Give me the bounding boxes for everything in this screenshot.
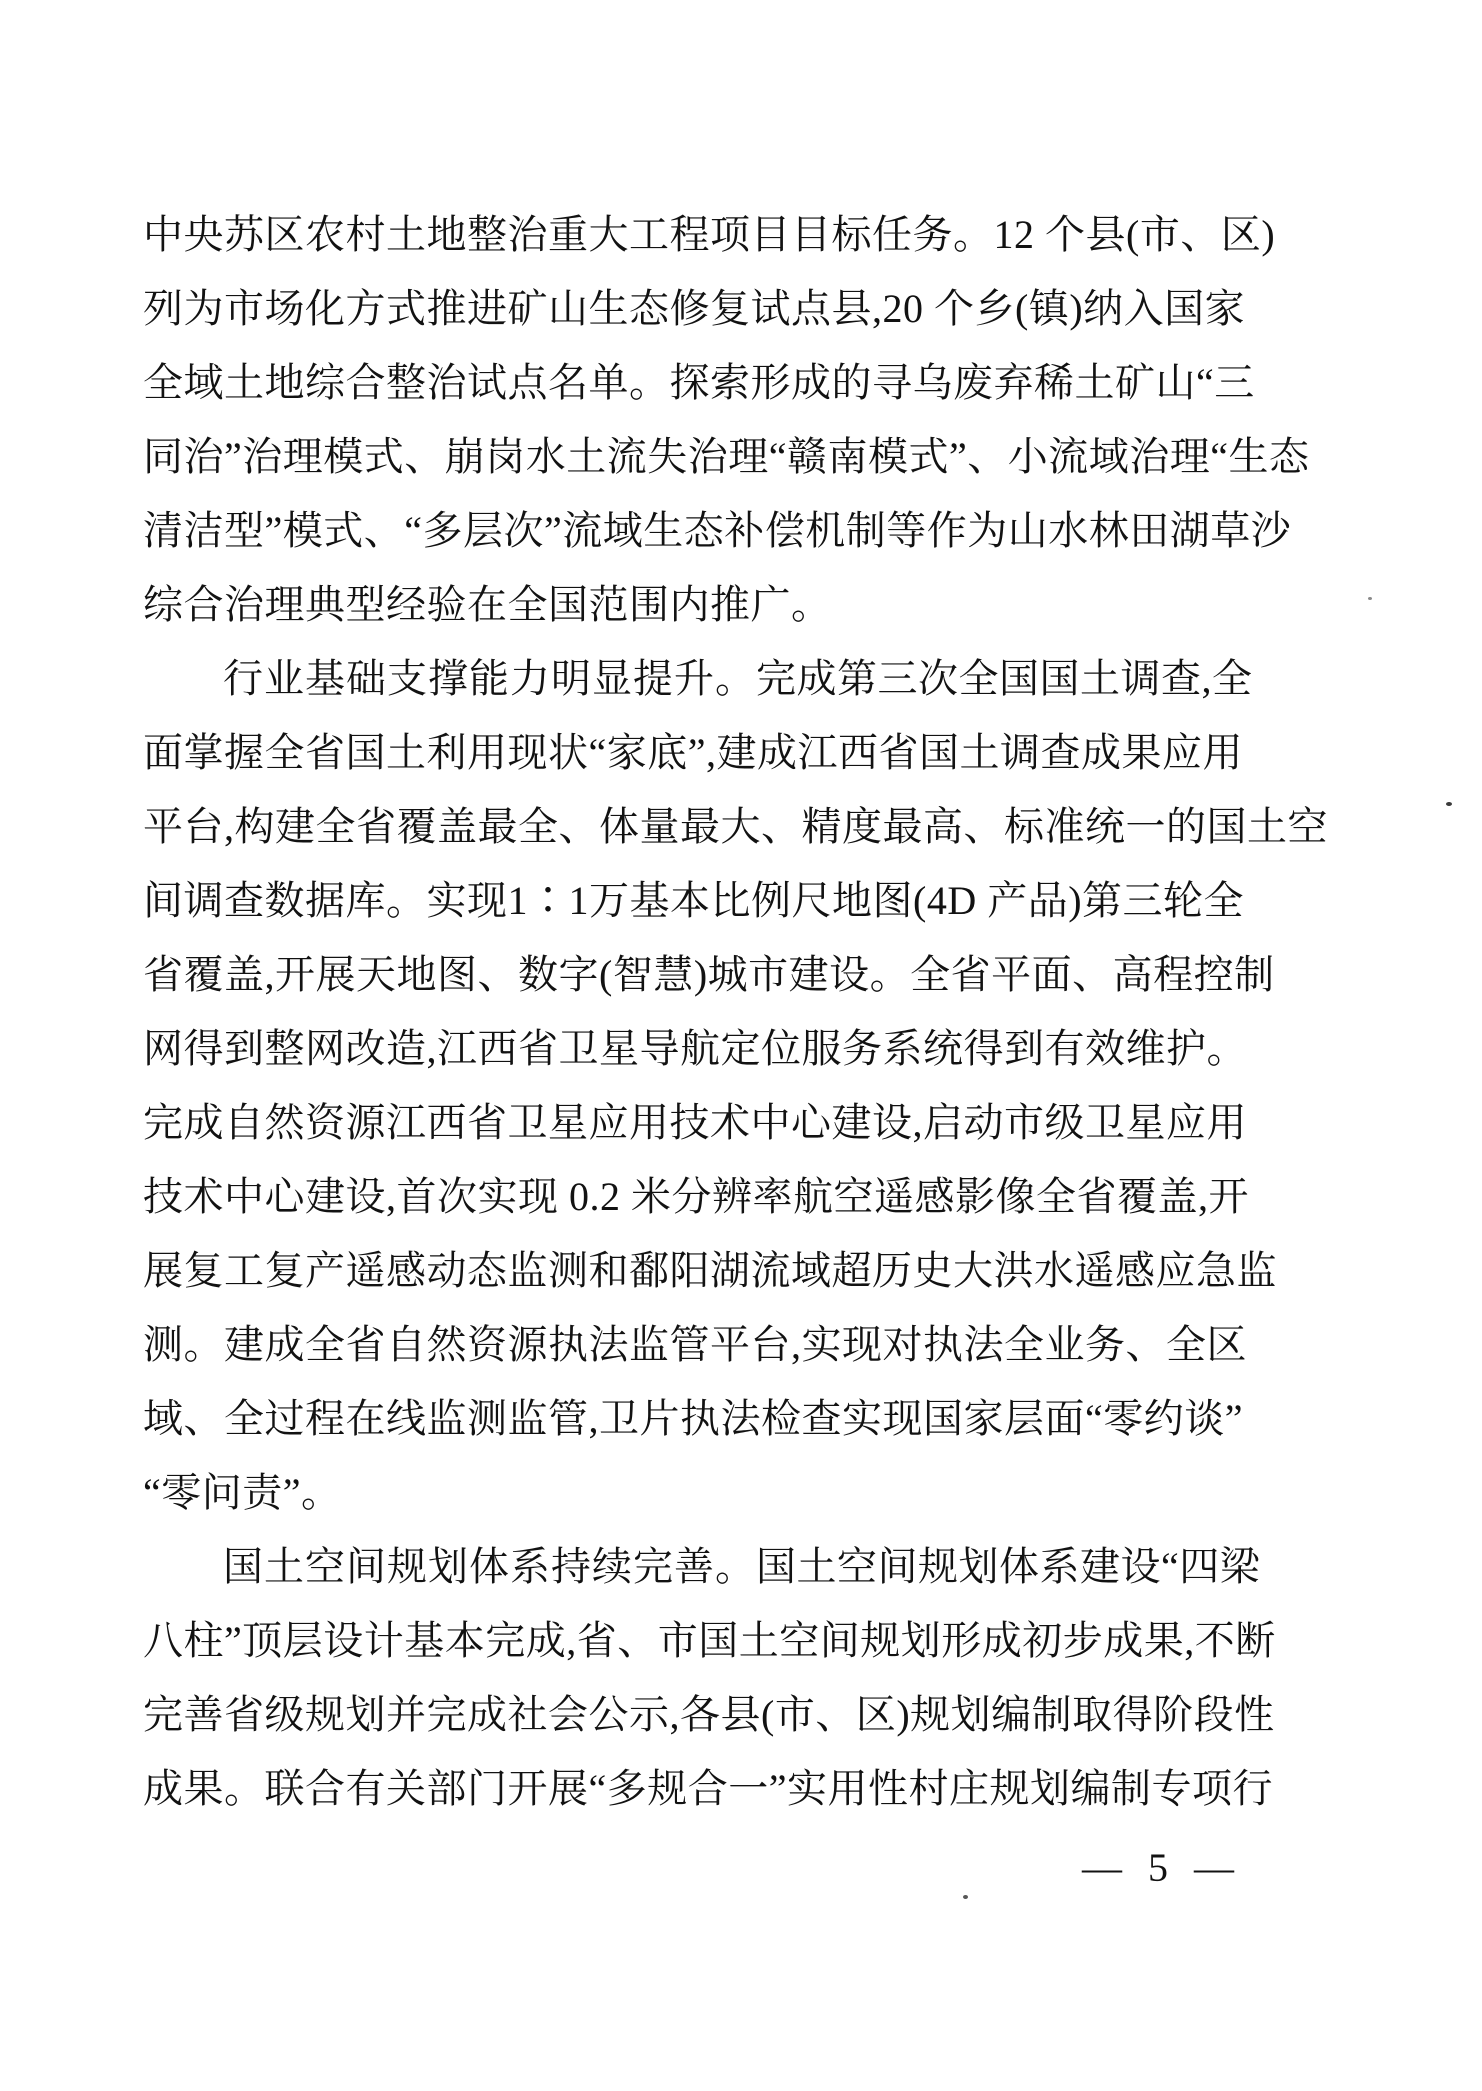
- footer-dash-right: —: [1194, 1836, 1234, 1900]
- line-text: 完成自然资源江西省卫星应用技术中心建设,启动市级卫星应用: [143, 1100, 1247, 1145]
- text-line-p2-l7: 完成自然资源江西省卫星应用技术中心建设,启动市级卫星应用: [143, 1086, 1273, 1160]
- page-number: 5: [1148, 1836, 1168, 1900]
- text-line-p2-l3: 平台,构建全省覆盖最全、体量最大、精度最高、标准统一的国土空: [143, 790, 1273, 864]
- line-text: 技术中心建设,首次实现 0.2 米分辨率航空遥感影像全省覆盖,开: [143, 1174, 1249, 1219]
- line-text: 间调查数据库。实现1∶1万基本比例尺地图(4D 产品)第三轮全: [143, 878, 1244, 923]
- scan-speck: [963, 1895, 968, 1899]
- line-text: 国土空间规划体系建设“四梁: [756, 1544, 1260, 1589]
- line-text: 网得到整网改造,江西省卫星导航定位服务系统得到有效维护。: [143, 1026, 1247, 1071]
- text-line-p1-l3: 全域土地综合整治试点名单。探索形成的寻乌废弃稀土矿山“三: [143, 346, 1273, 420]
- line-text: 省覆盖,开展天地图、数字(智慧)城市建设。全省平面、高程控制: [143, 952, 1275, 997]
- text-line-p1-l6: 综合治理典型经验在全国范围内推广。: [143, 568, 1273, 642]
- line-text: 八柱”顶层设计基本完成,省、市国土空间规划形成初步成果,不断: [143, 1618, 1276, 1663]
- text-line-p3-l3: 完善省级规划并完成社会公示,各县(市、区)规划编制取得阶段性: [143, 1678, 1273, 1752]
- paragraph-lead: 国土空间规划体系持续完善。: [223, 1545, 756, 1589]
- text-line-p2-l1: 行业基础支撑能力明显提升。完成第三次全国国土调查,全: [143, 642, 1273, 716]
- text-line-p2-l12: “零问责”。: [143, 1456, 1273, 1530]
- text-line-p2-l11: 域、全过程在线监测监管,卫片执法检查实现国家层面“零约谈”: [143, 1382, 1273, 1456]
- text-line-p2-l9: 展复工复产遥感动态监测和鄱阳湖流域超历史大洪水遥感应急监: [143, 1234, 1273, 1308]
- text-line-p1-l4: 同治”治理模式、崩岗水土流失治理“赣南模式”、小流域治理“生态: [143, 420, 1273, 494]
- text-line-p3-l4: 成果。联合有关部门开展“多规合一”实用性村庄规划编制专项行: [143, 1752, 1273, 1826]
- line-text: 平台,构建全省覆盖最全、体量最大、精度最高、标准统一的国土空: [143, 804, 1328, 849]
- text-line-p1-l1: 中央苏区农村土地整治重大工程项目目标任务。12 个县(市、区): [143, 198, 1273, 272]
- text-line-p2-l8: 技术中心建设,首次实现 0.2 米分辨率航空遥感影像全省覆盖,开: [143, 1160, 1273, 1234]
- scan-speck: [1368, 597, 1372, 600]
- text-line-p2-l4: 间调查数据库。实现1∶1万基本比例尺地图(4D 产品)第三轮全: [143, 864, 1273, 938]
- text-line-p2-l5: 省覆盖,开展天地图、数字(智慧)城市建设。全省平面、高程控制: [143, 938, 1273, 1012]
- scan-speck: [1446, 802, 1452, 806]
- line-text: 测。建成全省自然资源执法监管平台,实现对执法全业务、全区: [143, 1322, 1247, 1367]
- line-text: 列为市场化方式推进矿山生态修复试点县,20 个乡(镇)纳入国家: [143, 286, 1245, 331]
- paragraph-lead: 行业基础支撑能力明显提升。: [223, 657, 756, 701]
- text-line-p3-l1: 国土空间规划体系持续完善。国土空间规划体系建设“四梁: [143, 1530, 1273, 1604]
- line-text: 成果。联合有关部门开展“多规合一”实用性村庄规划编制专项行: [143, 1766, 1273, 1811]
- line-text: 同治”治理模式、崩岗水土流失治理“赣南模式”、小流域治理“生态: [143, 434, 1310, 479]
- line-text: 完善省级规划并完成社会公示,各县(市、区)规划编制取得阶段性: [143, 1692, 1275, 1737]
- line-text: 完成第三次全国国土调查,全: [756, 656, 1253, 701]
- text-line-p2-l2: 面掌握全省国土利用现状“家底”,建成江西省国土调查成果应用: [143, 716, 1273, 790]
- line-text: 中央苏区农村土地整治重大工程项目目标任务。12 个县(市、区): [143, 212, 1275, 257]
- text-line-p1-l5: 清洁型”模式、“多层次”流域生态补偿机制等作为山水林田湖草沙: [143, 494, 1273, 568]
- line-text: 全域土地综合整治试点名单。探索形成的寻乌废弃稀土矿山“三: [143, 360, 1255, 405]
- document-page: 中央苏区农村土地整治重大工程项目目标任务。12 个县(市、区)列为市场化方式推进…: [0, 0, 1482, 2091]
- line-text: 面掌握全省国土利用现状“家底”,建成江西省国土调查成果应用: [143, 730, 1243, 775]
- text-line-p1-l2: 列为市场化方式推进矿山生态修复试点县,20 个乡(镇)纳入国家: [143, 272, 1273, 346]
- footer-dash-left: —: [1082, 1836, 1122, 1900]
- line-text: 展复工复产遥感动态监测和鄱阳湖流域超历史大洪水遥感应急监: [143, 1248, 1277, 1293]
- line-text: 清洁型”模式、“多层次”流域生态补偿机制等作为山水林田湖草沙: [143, 508, 1291, 553]
- text-line-p2-l6: 网得到整网改造,江西省卫星导航定位服务系统得到有效维护。: [143, 1012, 1273, 1086]
- page-footer: —5—: [1082, 1836, 1234, 1900]
- text-line-p2-l10: 测。建成全省自然资源执法监管平台,实现对执法全业务、全区: [143, 1308, 1273, 1382]
- line-text: “零问责”。: [143, 1470, 342, 1515]
- line-text: 域、全过程在线监测监管,卫片执法检查实现国家层面“零约谈”: [143, 1396, 1243, 1441]
- text-block: 中央苏区农村土地整治重大工程项目目标任务。12 个县(市、区)列为市场化方式推进…: [143, 198, 1273, 1826]
- line-text: 综合治理典型经验在全国范围内推广。: [143, 582, 832, 627]
- text-line-p3-l2: 八柱”顶层设计基本完成,省、市国土空间规划形成初步成果,不断: [143, 1604, 1273, 1678]
